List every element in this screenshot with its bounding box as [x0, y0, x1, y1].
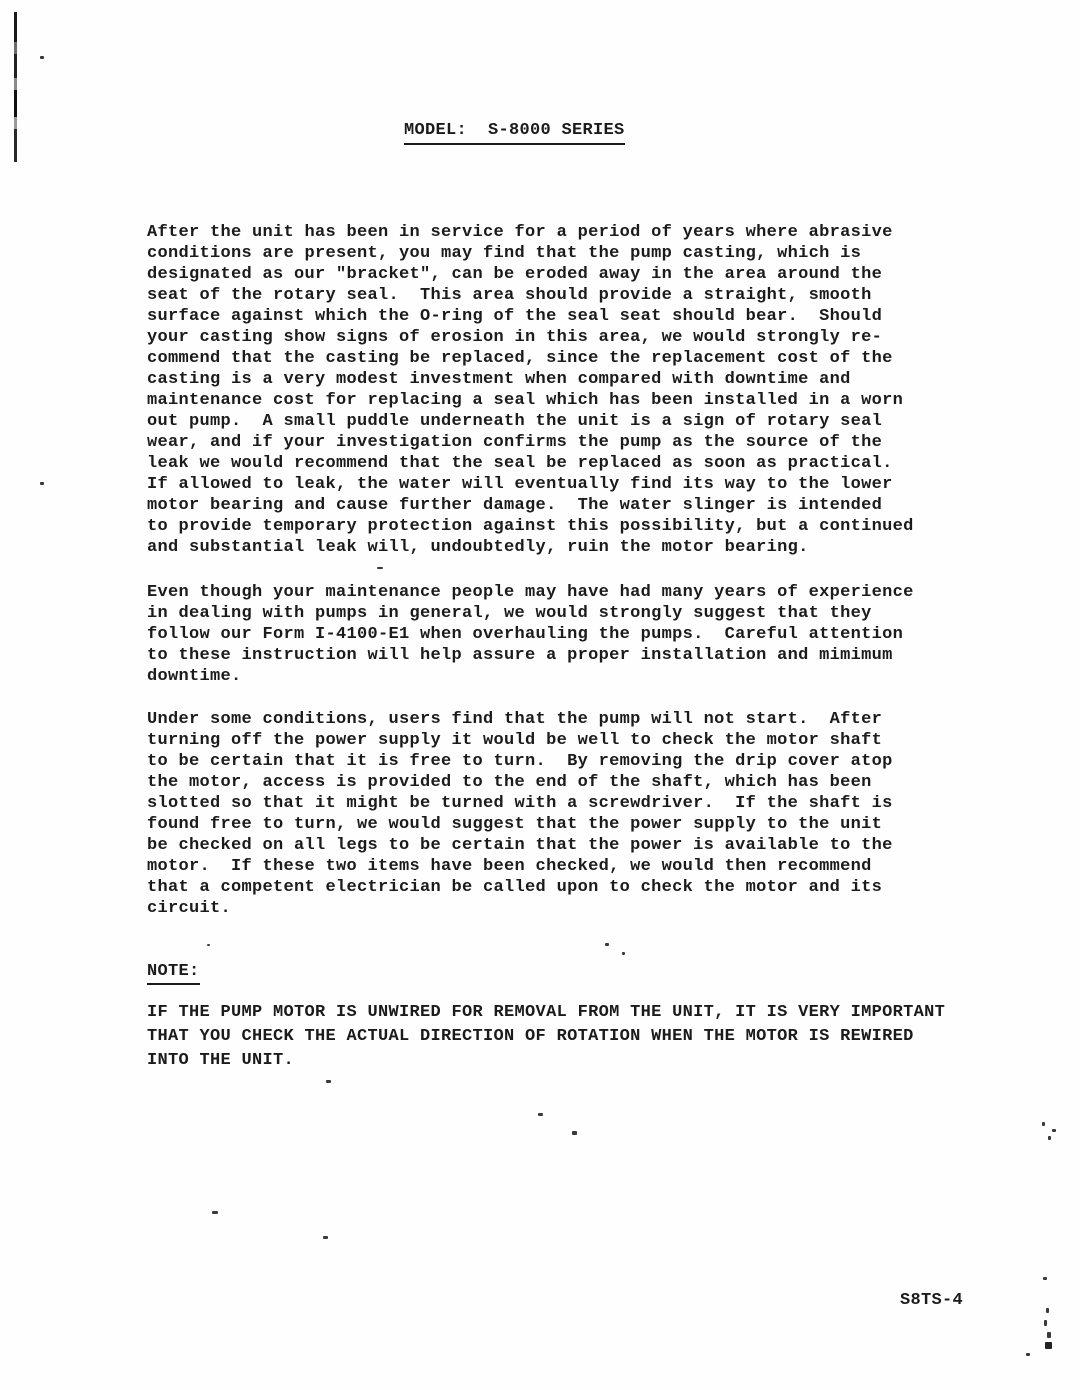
scan-speck — [605, 943, 609, 946]
scan-speck — [323, 1236, 328, 1239]
scan-speck — [1046, 1308, 1049, 1313]
page-number: S8TS-4 — [900, 1290, 963, 1311]
scan-speck — [377, 567, 383, 569]
scan-speck — [1026, 1353, 1030, 1356]
scan-speck — [1045, 1342, 1052, 1349]
scan-speck — [212, 1211, 218, 1214]
scan-artifact-line — [14, 12, 17, 162]
note-body: IF THE PUMP MOTOR IS UNWIRED FOR REMOVAL… — [147, 1001, 945, 1073]
scan-speck — [572, 1131, 577, 1135]
scan-speck — [40, 482, 44, 485]
document-title: MODEL: S-8000 SERIES — [404, 120, 625, 145]
scan-speck — [1048, 1136, 1051, 1140]
scan-speck — [1043, 1277, 1047, 1280]
note-heading: NOTE: — [147, 961, 200, 985]
scan-speck — [326, 1080, 331, 1083]
body-paragraph-1: After the unit has been in service for a… — [147, 222, 914, 558]
scan-speck — [40, 56, 44, 59]
scan-speck — [538, 1113, 543, 1116]
scan-speck — [1047, 1332, 1051, 1338]
scan-speck — [1052, 1129, 1056, 1132]
body-paragraph-2: Even though your maintenance people may … — [147, 582, 914, 687]
body-paragraph-3: Under some conditions, users find that t… — [147, 709, 893, 919]
scan-speck — [1042, 1122, 1045, 1126]
document-page: MODEL: S-8000 SERIES After the unit has … — [0, 0, 1080, 1390]
scan-speck — [1044, 1320, 1047, 1326]
scan-speck — [207, 944, 210, 946]
scan-speck — [622, 952, 625, 955]
